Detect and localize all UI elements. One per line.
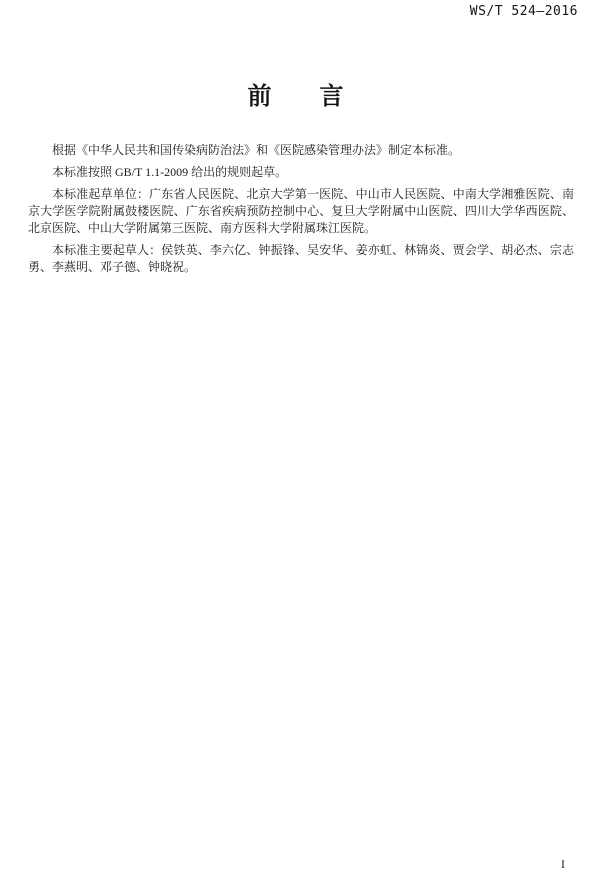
- document-page: WS/T 524—2016 前 言 根据《中华人民共和国传染病防治法》和《医院感…: [0, 0, 591, 880]
- foreword-paragraph-basis: 根据《中华人民共和国传染病防治法》和《医院感染管理办法》制定本标准。: [28, 142, 574, 159]
- foreword-paragraph-drafting-rule: 本标准按照 GB/T 1.1-2009 给出的规则起草。: [28, 164, 574, 181]
- foreword-paragraph-main-drafters: 本标准主要起草人：侯铁英、李六亿、钟振锋、吴安华、姜亦虹、林锦炎、贾会学、胡必杰…: [28, 242, 574, 276]
- foreword-paragraph-drafting-organizations: 本标准起草单位：广东省人民医院、北京大学第一医院、中山市人民医院、中南大学湘雅医…: [28, 186, 574, 237]
- foreword-body: 根据《中华人民共和国传染病防治法》和《医院感染管理办法》制定本标准。 本标准按照…: [28, 142, 574, 281]
- page-number: I: [561, 857, 565, 872]
- foreword-title: 前 言: [0, 76, 591, 111]
- standard-number: WS/T 524—2016: [470, 4, 578, 19]
